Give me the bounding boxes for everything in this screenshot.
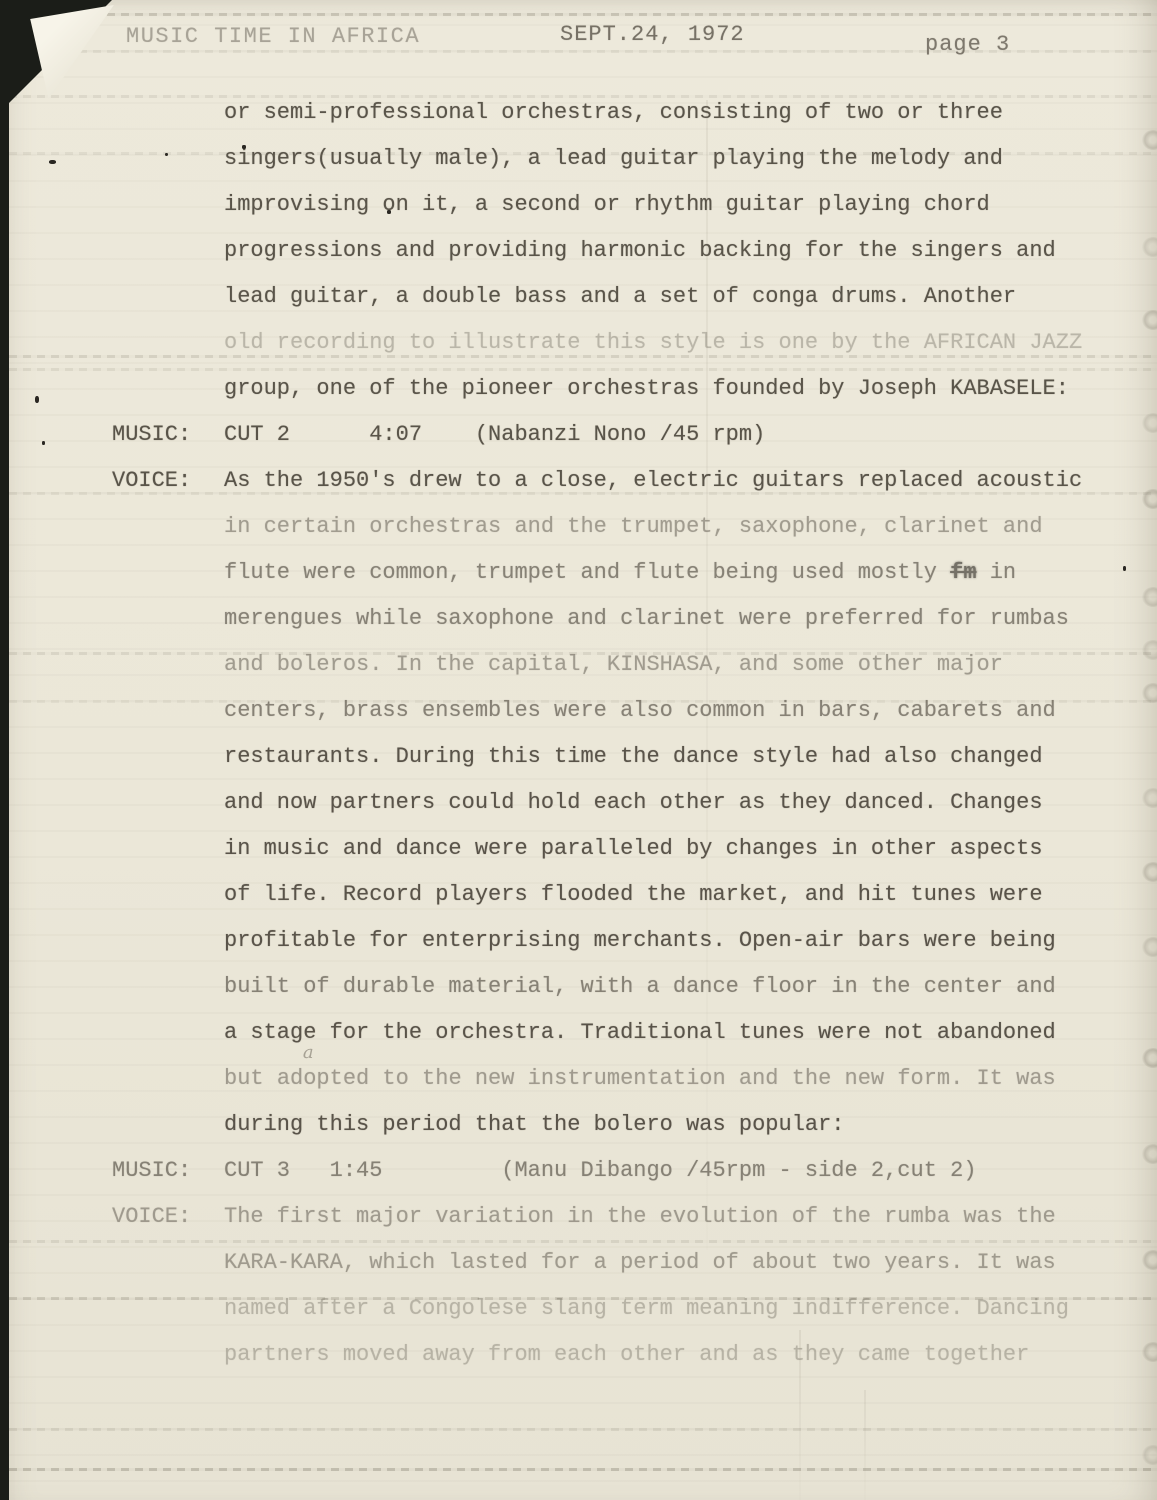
line-text-post: in: [977, 560, 1017, 585]
handwritten-correction: a: [303, 1042, 314, 1063]
line-text: CUT 2 4:07 (Nabanzi Nono /45 rpm): [224, 422, 765, 447]
corrected-word: aadopted: [277, 1066, 369, 1091]
crease-line: [9, 152, 1157, 155]
line-text: during this period that the bolero was p…: [224, 1112, 845, 1137]
binder-hole-mark: [1142, 640, 1157, 660]
binder-hole-mark: [1142, 1342, 1157, 1362]
crease-line: [9, 355, 1157, 358]
crease-line: [9, 1297, 1157, 1300]
crease-line: [9, 95, 1157, 98]
binder-hole-mark: [1142, 788, 1157, 808]
line-text: singers(usually male), a lead guitar pla…: [224, 146, 1003, 171]
line-text: or semi-professional orchestras, consist…: [224, 100, 1003, 125]
fold-crease-line: [799, 1330, 801, 1500]
crease-line: [9, 368, 1157, 371]
ink-speck: [49, 160, 56, 164]
crease-line: [9, 700, 1157, 703]
line-text: old recording to illustrate this style i…: [224, 330, 1082, 355]
line-text: flute were common, trumpet and flute bei…: [224, 560, 1016, 585]
line-text: The first major variation in the evoluti…: [224, 1204, 1056, 1229]
crease-line: [9, 652, 1157, 655]
cue-label: MUSIC:: [112, 422, 191, 447]
binder-hole-mark: [1142, 1250, 1157, 1270]
line-text: lead guitar, a double bass and a set of …: [224, 284, 1016, 309]
line-text: built of durable material, with a dance …: [224, 974, 1056, 999]
binder-hole-mark: [1142, 413, 1157, 433]
binder-hole-mark: [1142, 862, 1157, 882]
fold-crease-line: [864, 1390, 866, 1500]
line-text: merengues while saxophone and clarinet w…: [224, 606, 1069, 631]
line-text: group, one of the pioneer orchestras fou…: [224, 376, 1069, 401]
crease-line: [9, 50, 1157, 53]
cue-label: VOICE:: [112, 468, 191, 493]
line-text-pre: flute were common, trumpet and flute bei…: [224, 560, 950, 585]
ink-speck: [165, 153, 168, 156]
binder-hole-mark: [1142, 937, 1157, 957]
binder-hole-mark: [1142, 587, 1157, 607]
ink-speck: [1123, 566, 1126, 571]
document-date: SEPT.24, 1972: [560, 22, 745, 47]
document-title: MUSIC TIME IN AFRICA: [126, 24, 420, 49]
ink-speck: [242, 145, 246, 149]
line-text: improvising on it, a second or rhythm gu…: [224, 192, 990, 217]
crease-line: [9, 1468, 1157, 1471]
cue-label: VOICE:: [112, 1204, 191, 1229]
ink-speck: [35, 396, 39, 403]
line-text-post: to the new instrumentation and the new f…: [369, 1066, 1056, 1091]
ink-speck: [387, 210, 391, 214]
line-text: a stage for the orchestra. Traditional t…: [224, 1020, 1056, 1045]
binder-hole-mark: [1142, 1048, 1157, 1068]
line-text: As the 1950's drew to a close, electric …: [224, 468, 1082, 493]
line-text: and boleros. In the capital, KINSHASA, a…: [224, 652, 1003, 677]
binder-hole-mark: [1142, 1445, 1157, 1465]
paper: MUSIC TIME IN AFRICA SEPT.24, 1972 page …: [9, 0, 1157, 1500]
corrected-word-text: adopted: [277, 1066, 369, 1091]
cue-label: MUSIC:: [112, 1158, 191, 1183]
page-number: page 3: [925, 32, 1010, 57]
line-text: restaurants. During this time the dance …: [224, 744, 1043, 769]
line-text: and now partners could hold each other a…: [224, 790, 1043, 815]
crease-line: [9, 1240, 1157, 1243]
crease-line: [9, 492, 1157, 495]
binder-hole-mark: [1142, 1144, 1157, 1164]
binder-hole-mark: [1142, 237, 1157, 257]
line-text: but aadopted to the new instrumentation …: [224, 1066, 1056, 1091]
line-text-pre: but: [224, 1066, 277, 1091]
ink-speck: [42, 441, 45, 445]
fold-crease-line: [706, 100, 708, 1250]
line-text: partners moved away from each other and …: [224, 1342, 1029, 1367]
crease-line: [9, 13, 1157, 16]
line-text: CUT 3 1:45 (Manu Dibango /45rpm - side 2…: [224, 1158, 977, 1183]
line-text: progressions and providing harmonic back…: [224, 238, 1056, 263]
line-text: in certain orchestras and the trumpet, s…: [224, 514, 1043, 539]
line-text: KARA-KARA, which lasted for a period of …: [224, 1250, 1056, 1275]
binder-hole-mark: [1142, 130, 1157, 150]
binder-hole-mark: [1142, 310, 1157, 330]
line-text: of life. Record players flooded the mark…: [224, 882, 1043, 907]
line-text: in music and dance were paralleled by ch…: [224, 836, 1043, 861]
scanned-document: MUSIC TIME IN AFRICA SEPT.24, 1972 page …: [0, 0, 1157, 1500]
line-text: profitable for enterprising merchants. O…: [224, 928, 1056, 953]
crease-line: [9, 1428, 1157, 1431]
overstruck-text: fm: [950, 560, 976, 585]
